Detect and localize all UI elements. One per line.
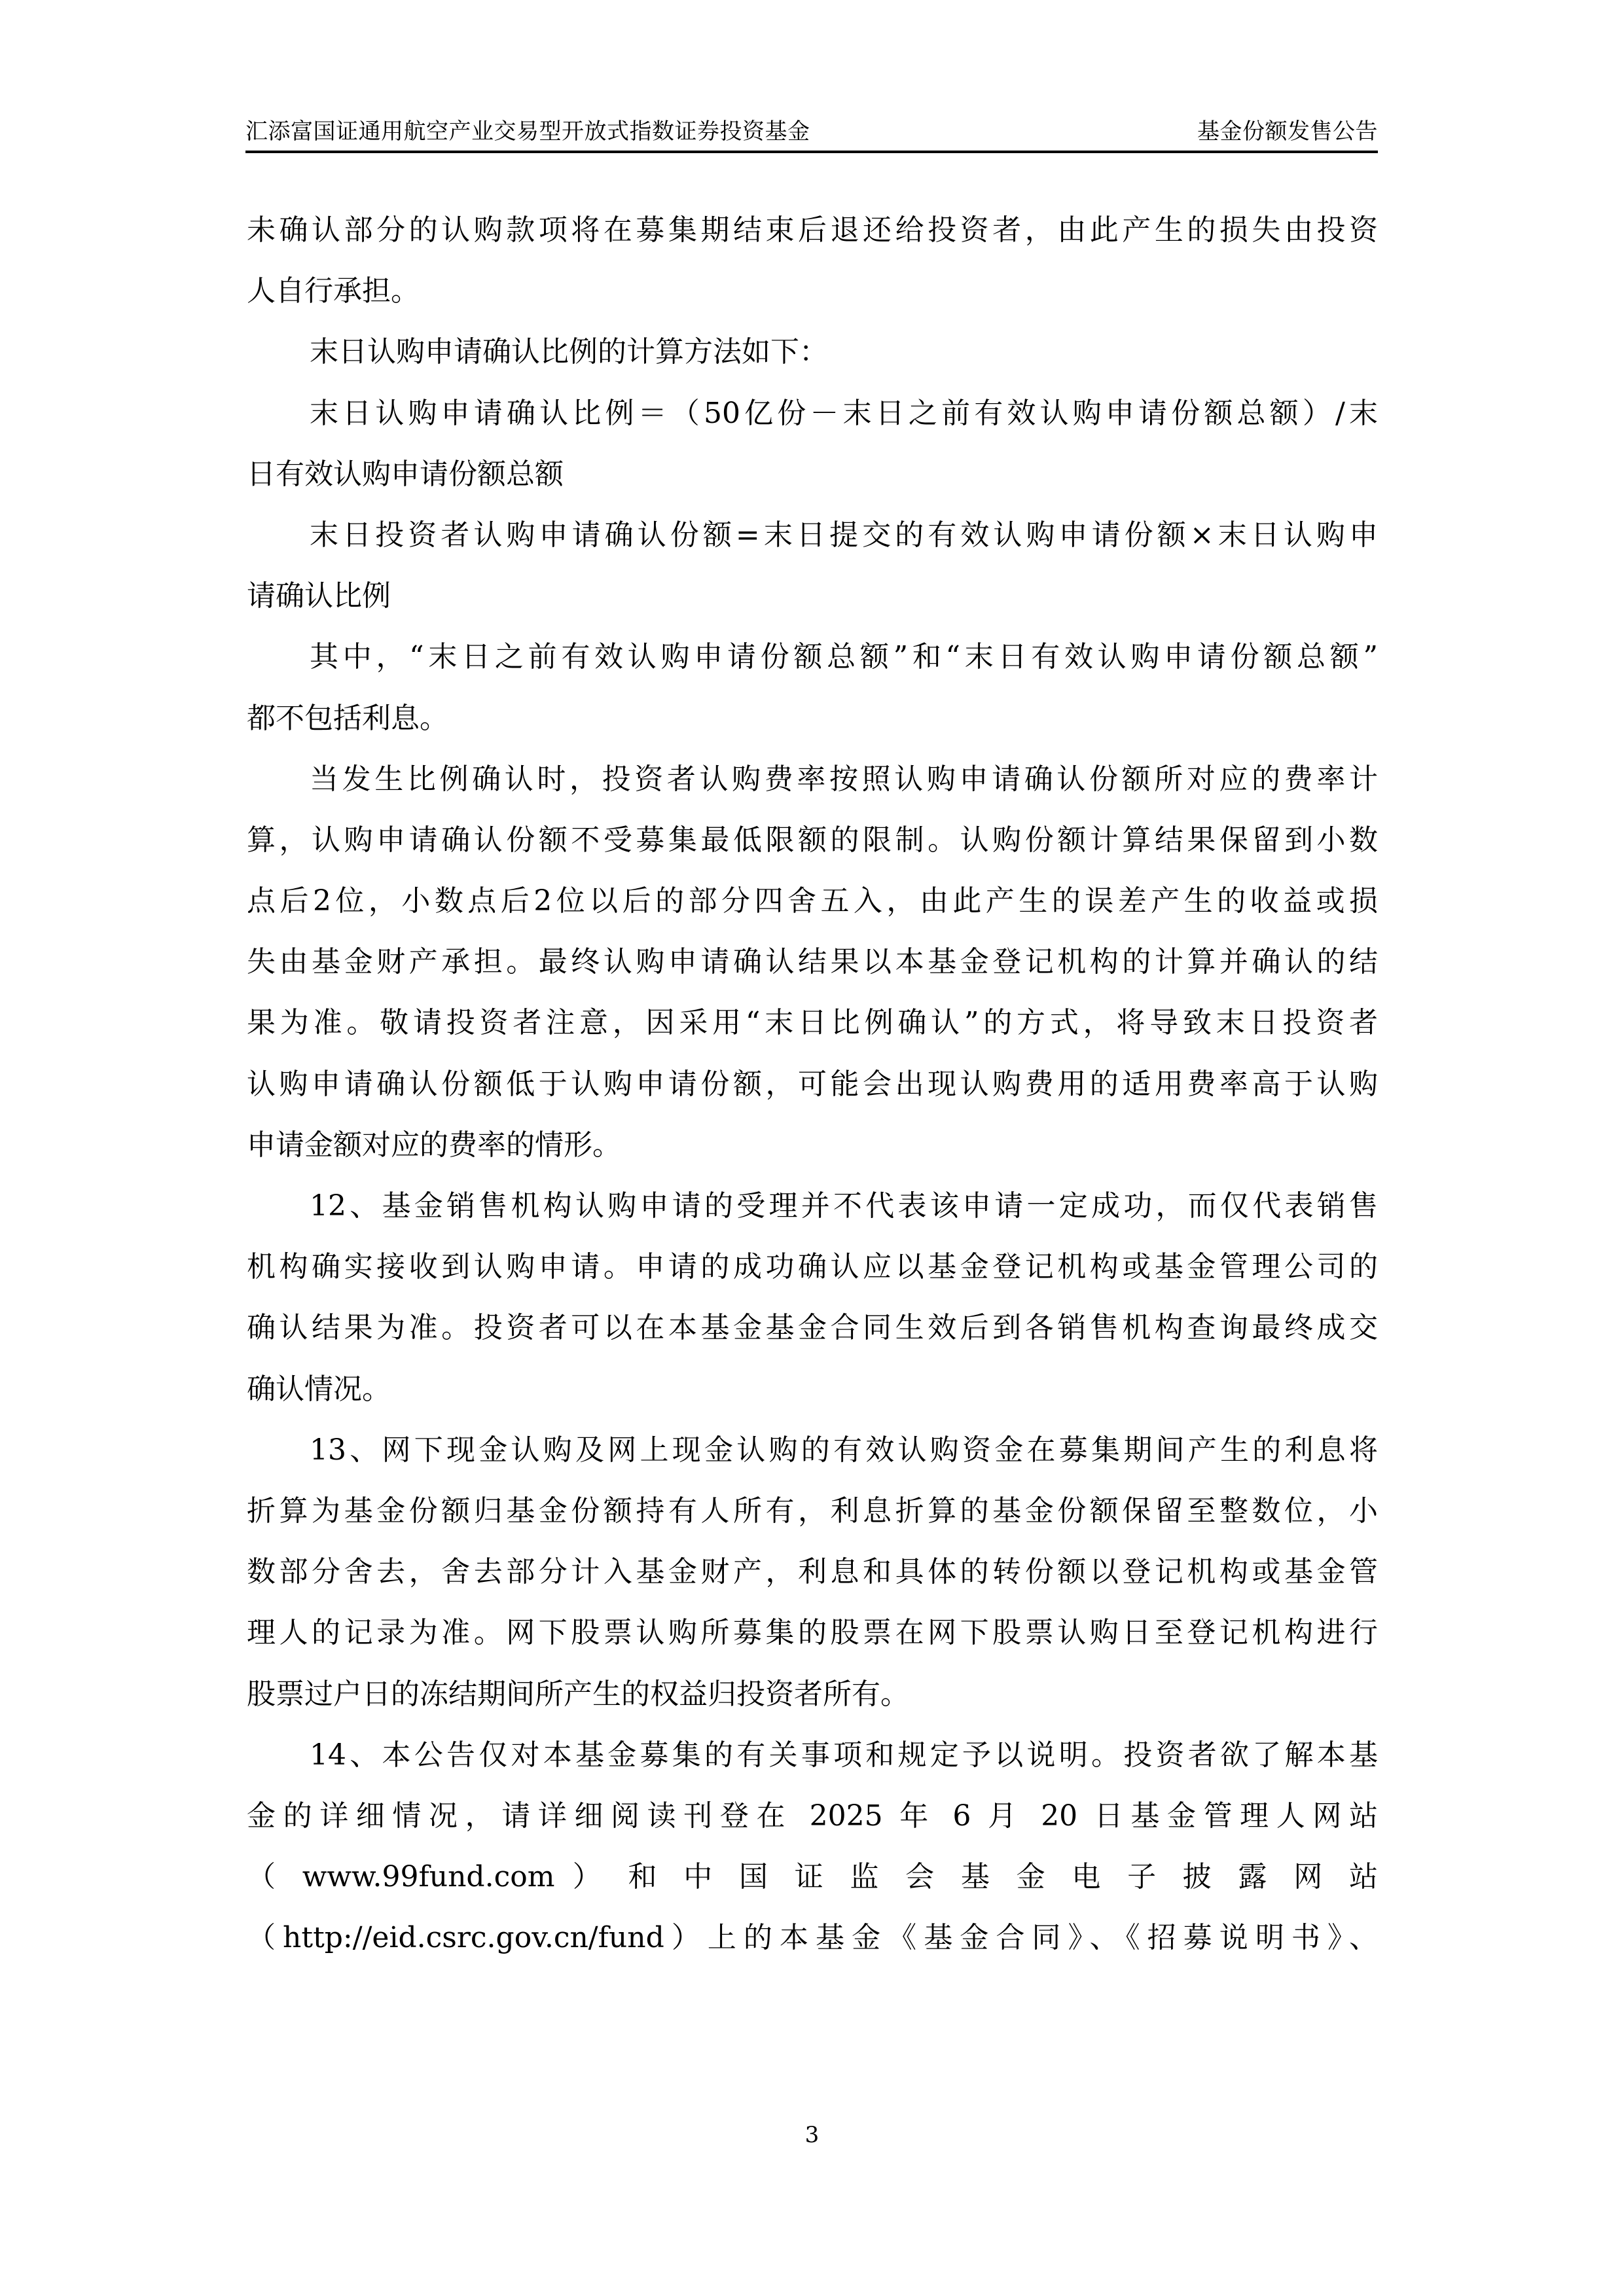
paragraph-line: 果为准。敬请投资者注意，因采用“末日比例确认”的方式，将导致末日投资者 — [247, 1003, 1378, 1064]
formula-line: 请确认比例 — [247, 577, 1378, 637]
page-number: 3 — [0, 2122, 1624, 2148]
item-12-line: 机构确实接收到认购申请。申请的成功确认应以基金登记机构或基金管理公司的 — [247, 1247, 1378, 1308]
item-12-line: 12、基金销售机构认购申请的受理并不代表该申请一定成功，而仅代表销售 — [247, 1187, 1378, 1247]
header-document-type: 基金份额发售公告 — [1197, 115, 1378, 148]
item-12-line: 确认情况。 — [247, 1370, 1378, 1431]
paragraph-line: 申请金额对应的费率的情形。 — [247, 1126, 1378, 1187]
paragraph-line: 认购申请确认份额低于认购申请份额，可能会出现认购费用的适用费率高于认购 — [247, 1065, 1378, 1126]
item-14-line: 14、本公告仅对本基金募集的有关事项和规定予以说明。投资者欲了解本基 — [247, 1736, 1378, 1797]
paragraph-line: 点后2位，小数点后2位以后的部分四舍五入，由此产生的误差产生的收益或损 — [247, 882, 1378, 942]
header-fund-name: 汇添富国证通用航空产业交易型开放式指数证券投资基金 — [245, 115, 810, 148]
item-13-line: 股票过户日的冻结期间所产生的权益归投资者所有。 — [247, 1675, 1378, 1736]
formula-line: 日有效认购申请份额总额 — [247, 455, 1378, 516]
document-body: 未确认部分的认购款项将在募集期结束后退还给投资者，由此产生的损失由投资 人自行承… — [247, 211, 1378, 1979]
formula-line: 末日投资者认购申请确认份额=末日提交的有效认购申请份额×末日认购申 — [247, 516, 1378, 577]
item-12-line: 确认结果为准。投资者可以在本基金基金合同生效后到各销售机构查询最终成交 — [247, 1308, 1378, 1369]
formula-line: 末日认购申请确认比例＝（50亿份－末日之前有效认购申请份额总额）/末 — [247, 394, 1378, 455]
paragraph-line: 失由基金财产承担。最终认购申请确认结果以本基金登记机构的计算并确认的结 — [247, 942, 1378, 1003]
paragraph-line: 其中，“末日之前有效认购申请份额总额”和“末日有效认购申请份额总额” — [247, 637, 1378, 698]
item-13-line: 13、网下现金认购及网上现金认购的有效认购资金在募集期间产生的利息将 — [247, 1431, 1378, 1492]
paragraph-line: 末日认购申请确认比例的计算方法如下： — [247, 332, 1378, 393]
item-13-line: 折算为基金份额归基金份额持有人所有，利息折算的基金份额保留至整数位，小 — [247, 1492, 1378, 1552]
page-header: 汇添富国证通用航空产业交易型开放式指数证券投资基金 基金份额发售公告 — [245, 115, 1378, 152]
paragraph-line: 当发生比例确认时，投资者认购费率按照认购申请确认份额所对应的费率计 — [247, 760, 1378, 821]
header-divider — [245, 151, 1378, 153]
item-13-line: 数部分舍去，舍去部分计入基金财产，利息和具体的转份额以登记机构或基金管 — [247, 1552, 1378, 1613]
paragraph-line: 算，认购申请确认份额不受募集最低限额的限制。认购份额计算结果保留到小数 — [247, 821, 1378, 882]
item-14-line: 金的详细情况，请详细阅读刊登在 2025 年 6 月 20 日基金管理人网站 — [247, 1797, 1378, 1857]
item-14-line: （http://eid.csrc.gov.cn/fund）上的本基金《基金合同》… — [247, 1918, 1378, 1979]
item-13-line: 理人的记录为准。网下股票认购所募集的股票在网下股票认购日至登记机构进行 — [247, 1613, 1378, 1674]
item-14-line: （ www.99fund.com ） 和 中 国 证 监 会 基 金 电 子 披… — [247, 1857, 1378, 1918]
paragraph-line: 人自行承担。 — [247, 272, 1378, 332]
paragraph-line: 都不包括利息。 — [247, 699, 1378, 760]
paragraph-line: 未确认部分的认购款项将在募集期结束后退还给投资者，由此产生的损失由投资 — [247, 211, 1378, 272]
